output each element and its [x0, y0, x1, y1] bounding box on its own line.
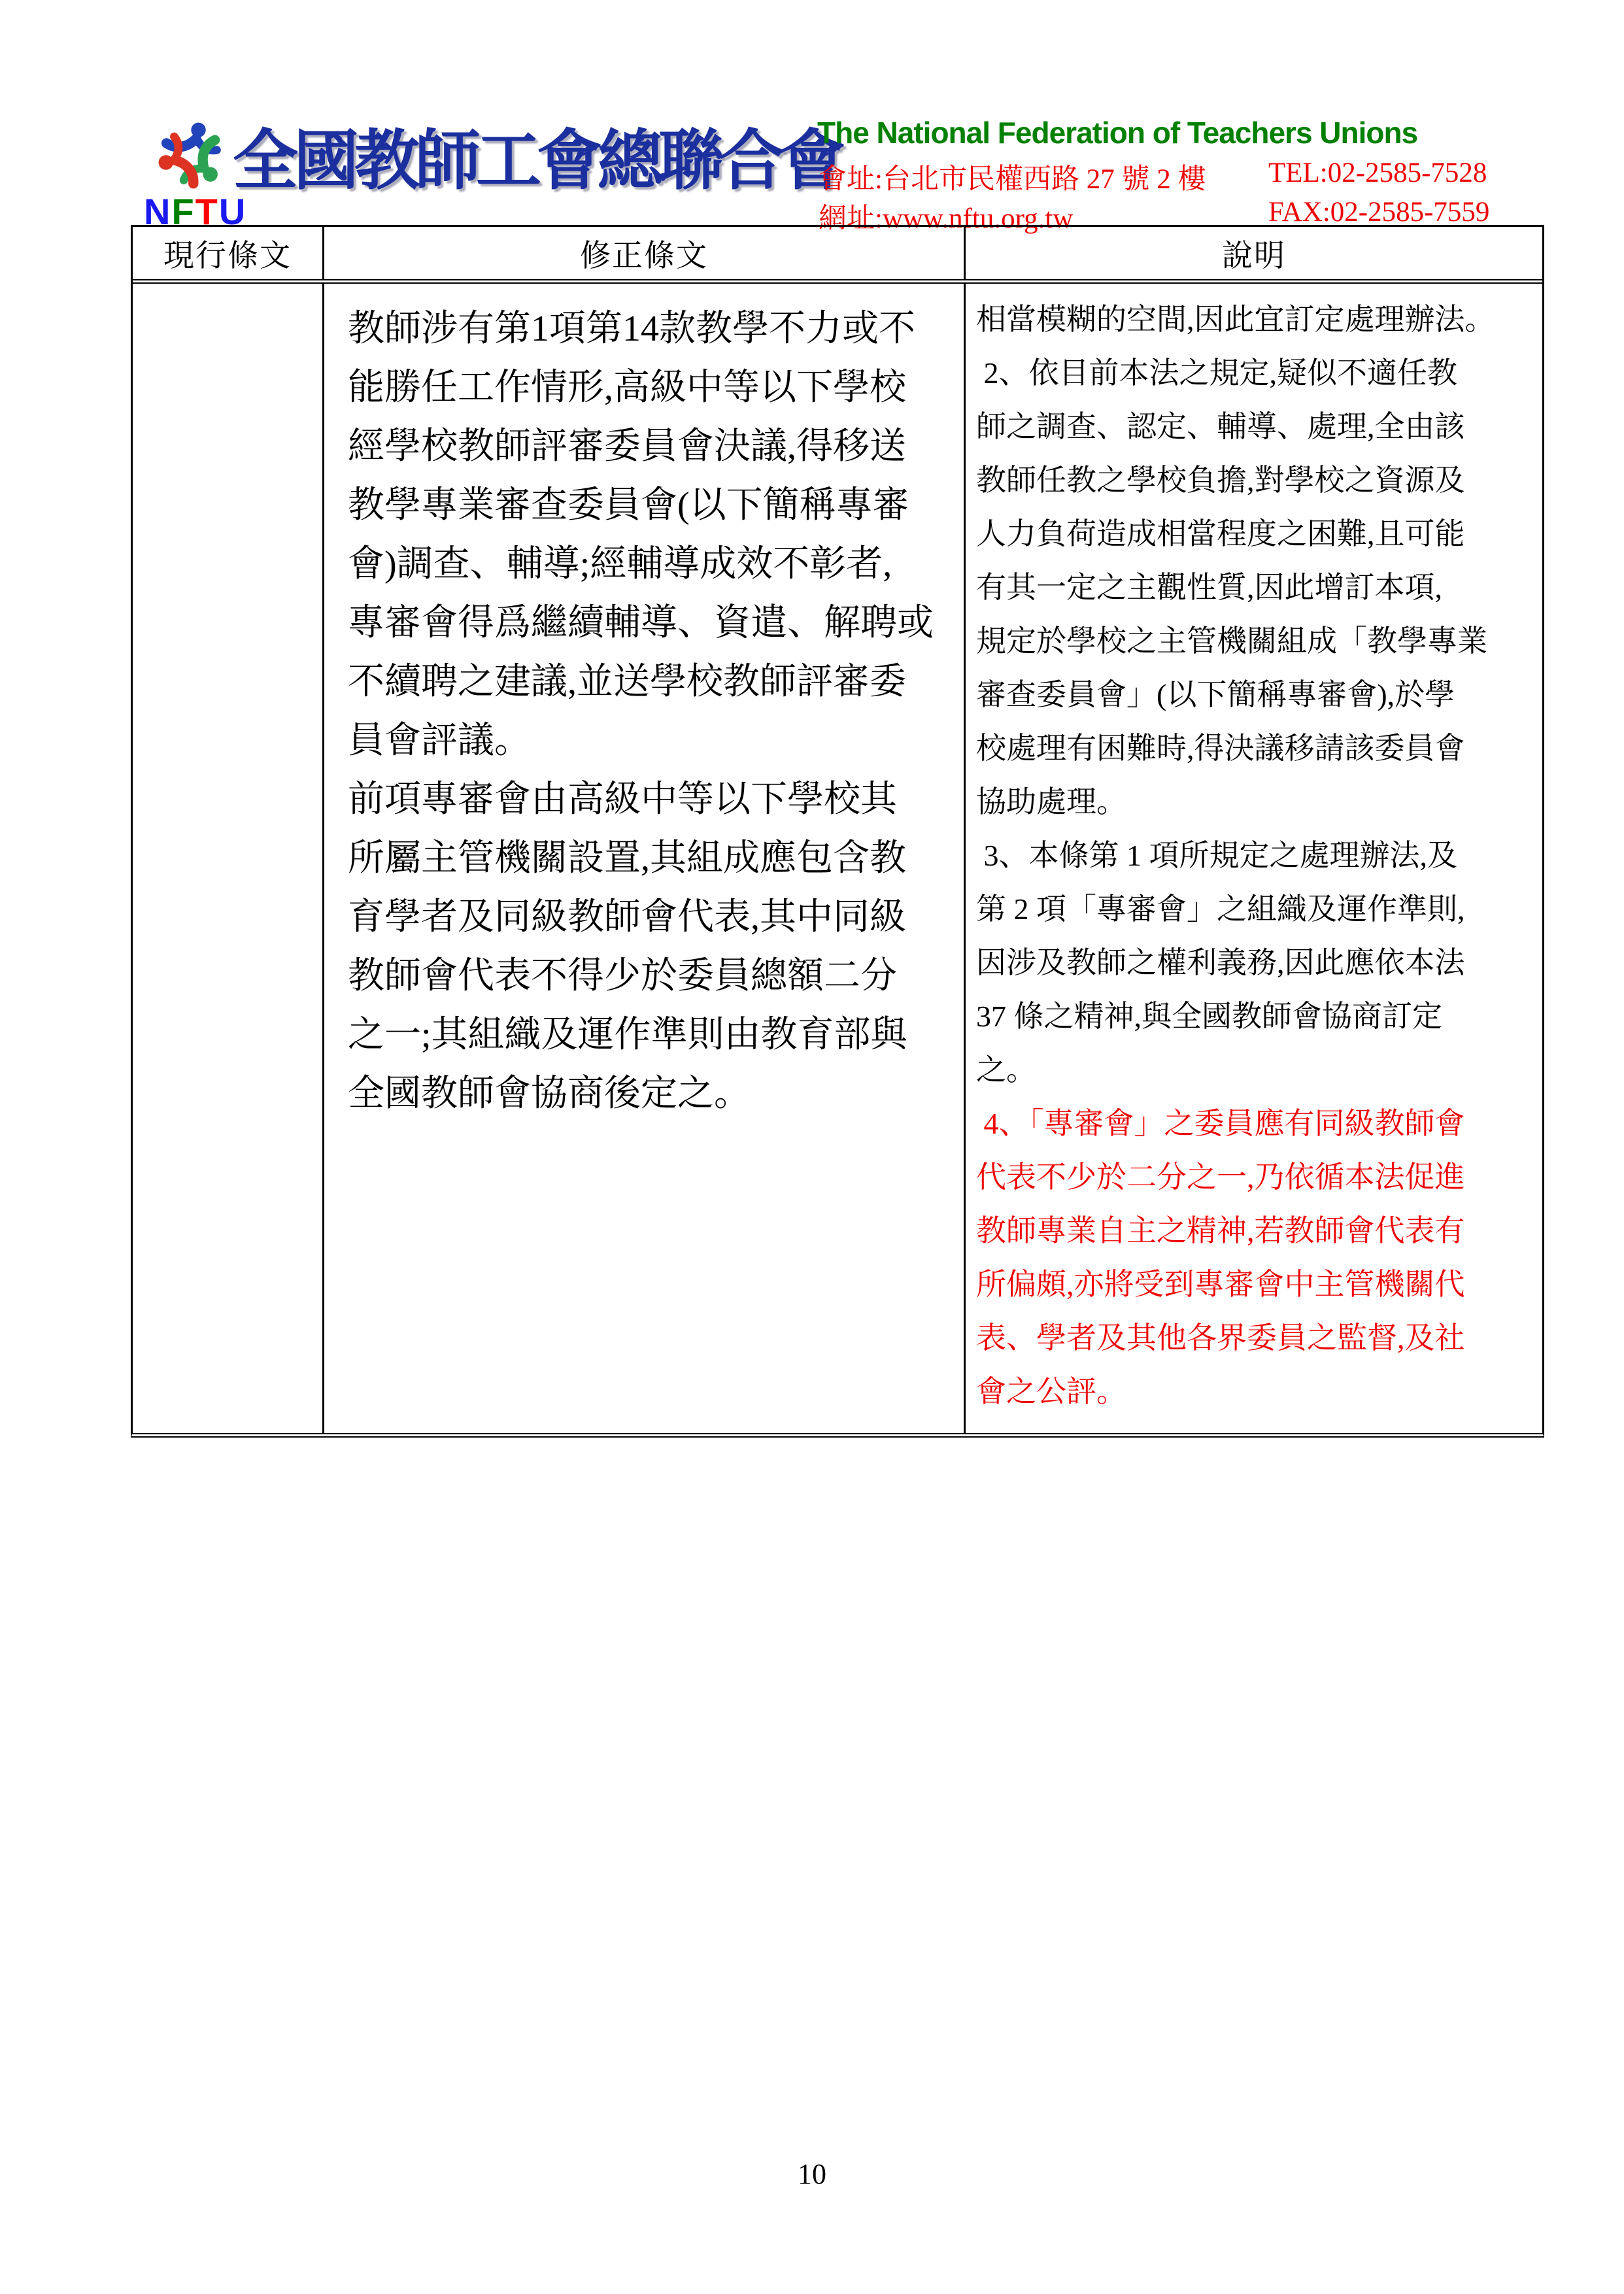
amended-provision-line: 員會評議。 — [348, 711, 951, 770]
explanation-black-text: 相當模糊的空間,因此宜訂定處理辦法。 2、依目前本法之規定,疑似不適任教師之調查… — [976, 293, 1538, 1097]
org-fax: FAX:02-2585-7559 — [1268, 196, 1489, 228]
column-header-current: 現行條文 — [133, 227, 324, 279]
document-page: NFTU 全國教師工會總聯合會 The National Federation … — [0, 0, 1624, 2294]
explanation-red-text: 4、「專審會」之委員應有同級教師會代表不少於二分之一,乃依循本法促進教師專業自主… — [976, 1097, 1538, 1419]
explanation-line: 第 2 項「專審會」之組織及運作準則, — [976, 883, 1538, 936]
amended-provision-line: 不續聘之建議,並送學校教師評審委 — [348, 652, 951, 711]
provision-comparison-table: 現行條文 修正條文 說明 教師涉有第1項第14款教學不力或不能勝任工作情形,高級… — [131, 225, 1544, 1438]
explanation-line: 師之調查、認定、輔導、處理,全由該 — [976, 400, 1538, 454]
amended-provision-line: 教學專業審查委員會(以下簡稱專審 — [348, 476, 951, 535]
explanation-line: 37 條之精神,與全國教師會協商訂定 — [976, 990, 1538, 1043]
org-tel: TEL:02-2585-7528 — [1268, 157, 1487, 189]
explanation-red-line: 表、學者及其他各界委員之監督,及社 — [976, 1311, 1538, 1365]
amended-provision-line: 能勝任工作情形,高級中等以下學校 — [348, 358, 951, 417]
org-title-en: The National Federation of Teachers Unio… — [817, 115, 1549, 150]
explanation-line: 有其一定之主觀性質,因此增訂本項, — [976, 561, 1538, 615]
explanation-red-line: 所偏頗,亦將受到專審會中主管機關代 — [976, 1258, 1538, 1311]
explanation-line: 2、依目前本法之規定,疑似不適任教 — [976, 346, 1538, 400]
column-header-amended: 修正條文 — [324, 227, 966, 279]
amended-provision-line: 全國教師會協商後定之。 — [348, 1064, 951, 1123]
explanation-cell: 相當模糊的空間,因此宜訂定處理辦法。 2、依目前本法之規定,疑似不適任教師之調查… — [966, 284, 1542, 1433]
explanation-red-line: 會之公評。 — [976, 1365, 1538, 1419]
amended-provision-line: 教師會代表不得少於委員總額二分 — [348, 947, 951, 1005]
amended-provision-line: 前項專審會由高級中等以下學校其 — [348, 770, 951, 829]
nftu-logo-icon — [143, 110, 241, 201]
amended-provision-cell: 教師涉有第1項第14款教學不力或不能勝任工作情形,高級中等以下學校經學校教師評審… — [324, 284, 966, 1433]
org-title-zh: 全國教師工會總聯合會 — [233, 119, 821, 204]
page-number: 10 — [0, 2157, 1624, 2191]
explanation-line: 相當模糊的空間,因此宜訂定處理辦法。 — [976, 293, 1538, 346]
explanation-red-line: 代表不少於二分之一,乃依循本法促進 — [976, 1151, 1538, 1204]
column-header-explanation: 說明 — [966, 227, 1542, 279]
amended-provision-line: 經學校教師評審委員會決議,得移送 — [348, 417, 951, 476]
amended-provision-line: 育學者及同級教師會代表,其中同級 — [348, 888, 951, 947]
explanation-line: 3、本條第 1 項所規定之處理辦法,及 — [976, 829, 1538, 883]
explanation-line: 校處理有困難時,得決議移請該委員會 — [976, 722, 1538, 775]
org-address: 會址:台北市民權西路 27 號 2 樓 — [819, 157, 1206, 197]
explanation-line: 協助處理。 — [976, 775, 1538, 829]
explanation-line: 人力負荷造成相當程度之困難,且可能 — [976, 507, 1538, 561]
current-provision-cell — [133, 284, 324, 1433]
table-body-row: 教師涉有第1項第14款教學不力或不能勝任工作情形,高級中等以下學校經學校教師評審… — [133, 284, 1542, 1433]
explanation-red-line: 4、「專審會」之委員應有同級教師會 — [976, 1097, 1538, 1151]
amended-provision-line: 之一;其組織及運作準則由教育部與 — [348, 1005, 951, 1064]
explanation-line: 規定於學校之主管機關組成「教學專業 — [976, 615, 1538, 668]
table-header-row: 現行條文 修正條文 說明 — [133, 227, 1542, 284]
amended-provision-line: 專審會得爲繼續輔導、資遣、解聘或 — [348, 594, 951, 652]
explanation-line: 審查委員會」(以下簡稱專審會),於學 — [976, 668, 1538, 722]
amended-provision-line: 教師涉有第1項第14款教學不力或不 — [348, 299, 951, 358]
explanation-line: 教師任教之學校負擔,對學校之資源及 — [976, 454, 1538, 507]
explanation-line: 之。 — [976, 1043, 1538, 1097]
explanation-red-line: 教師專業自主之精神,若教師會代表有 — [976, 1204, 1538, 1258]
explanation-line: 因涉及教師之權利義務,因此應依本法 — [976, 936, 1538, 990]
amended-provision-line: 所屬主管機關設置,其組成應包含教 — [348, 829, 951, 888]
amended-provision-line: 會)調查、輔導;經輔導成效不彰者, — [348, 535, 951, 594]
